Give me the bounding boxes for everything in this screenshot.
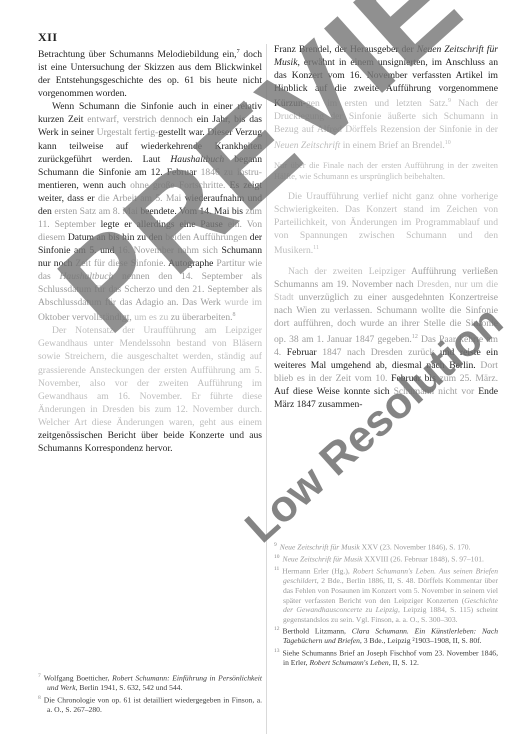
paragraph: Nur über die Finale nach der ersten Auff… <box>274 160 498 182</box>
page-number: XII <box>38 30 58 45</box>
paragraph: Nach der zweiten Leipziger Aufführung ve… <box>274 265 498 411</box>
footnote: 13Siehe Schumanns Brief an Joseph Fischh… <box>274 647 498 668</box>
right-text-column: Franz Brendel, der Herausgeber der Neuen… <box>274 43 498 411</box>
paragraph: Betrachtung über Schumanns Melodiebildun… <box>38 46 262 100</box>
paragraph: Die Uraufführung verlief nicht ganz ohne… <box>274 190 498 257</box>
footnotes-right: 9Neue Zeitschrift für Musik XXV (23. Nov… <box>274 541 498 669</box>
footnote: 10Neue Zeitschrift für Musik XXVIII (26.… <box>274 553 498 564</box>
footnote: 9Neue Zeitschrift für Musik XXV (23. Nov… <box>274 541 498 552</box>
footnote: 12Berthold Litzmann, Clara Schumann. Ein… <box>274 625 498 646</box>
footnote: 11Hermann Erler (Hg.), Robert Schumann's… <box>274 565 498 624</box>
footnote: 7Wolfgang Boetticher, Robert Schumann: E… <box>38 672 262 693</box>
column-divider <box>266 44 267 734</box>
footnotes-left: 7Wolfgang Boetticher, Robert Schumann: E… <box>38 672 262 715</box>
paragraph: Franz Brendel, der Herausgeber der Neuen… <box>274 43 498 152</box>
footnote: 8Die Chronologie von op. 61 ist detailli… <box>38 694 262 715</box>
paragraph: Wenn Schumann die Sinfonie auch in einer… <box>38 100 262 324</box>
paragraph: Der Notensatz der Uraufführung am Leipzi… <box>38 324 262 454</box>
left-text-column: Betrachtung über Schumanns Melodiebildun… <box>38 46 262 455</box>
